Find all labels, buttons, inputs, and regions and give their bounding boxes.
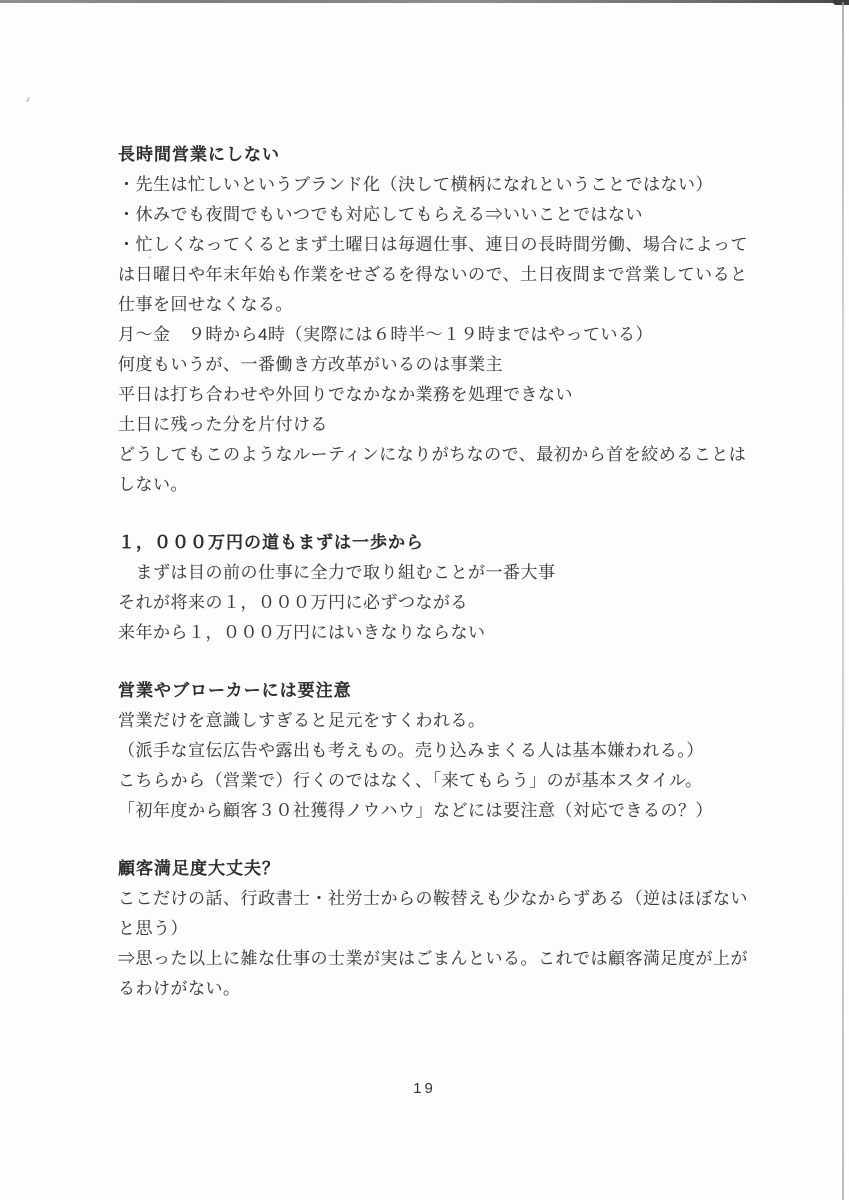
section-heading: １，０００万円の道もまずは一歩から <box>118 528 758 558</box>
paragraph: こちらから（営業で）行くのではなく、「来てもらう」のが基本スタイル。 <box>118 766 758 796</box>
paragraph: それが将来の１，０００万円に必ずつながる <box>118 588 758 618</box>
paragraph: ・休みでも夜間でもいつでも対応してもらえる⇒いいことではない <box>118 200 758 230</box>
text-section: １，０００万円の道もまずは一歩から まずは目の前の仕事に全力で取り組むことが一番… <box>118 528 758 648</box>
paragraph: 月～金 ９時から4時（実際には６時半～１９時まではやっている） <box>118 320 758 350</box>
scan-noise-speck <box>26 97 30 102</box>
paragraph: 来年から１，０００万円にはいきなりならない <box>118 618 758 648</box>
paragraph: ⇒思った以上に雑な仕事の士業が実はごまんといる。これでは顧客満足度が上がるわけが… <box>118 944 758 1004</box>
text-section: 長時間営業にしない・先生は忙しいというブランド化（決して横柄になれということでは… <box>118 140 758 500</box>
page-number: 19 <box>0 1078 849 1100</box>
paragraph: 平日は打ち合わせや外回りでなかなか業務を処理できない <box>118 380 758 410</box>
text-section: 顧客満足度大丈夫？ここだけの話、行政書士・社労士からの鞍替えも少なからずある（逆… <box>118 854 758 1004</box>
paragraph: （派手な宣伝広告や露出も考えもの。売り込みまくる人は基本嫌われる。） <box>118 736 758 766</box>
section-heading: 長時間営業にしない <box>118 140 758 170</box>
text-section: 営業やブローカーには要注意営業だけを意識しすぎると足元をすくわれる。（派手な宣伝… <box>118 676 758 826</box>
scan-right-edge-line <box>842 2 844 1200</box>
scan-top-corner-mark <box>833 0 849 5</box>
page-content: 長時間営業にしない・先生は忙しいというブランド化（決して横柄になれということでは… <box>118 140 758 1004</box>
paragraph: 「初年度から顧客３０社獲得ノウハウ」などには要注意（対応できるの？） <box>118 796 758 826</box>
paragraph: ・先生は忙しいというブランド化（決して横柄になれということではない） <box>118 170 758 200</box>
paragraph: どうしてもこのようなルーティンになりがちなので、最初から首を絞めることはしない。 <box>118 440 758 500</box>
paragraph: まずは目の前の仕事に全力で取り組むことが一番大事 <box>118 558 758 588</box>
scanned-document-page: 長時間営業にしない・先生は忙しいというブランド化（決して横柄になれということでは… <box>0 0 849 1200</box>
paragraph: ここだけの話、行政書士・社労士からの鞍替えも少なからずある（逆はほぼないと思う） <box>118 884 758 944</box>
section-heading: 営業やブローカーには要注意 <box>118 676 758 706</box>
paragraph: 土日に残った分を片付ける <box>118 410 758 440</box>
scan-top-edge-line <box>0 0 849 3</box>
paragraph: 何度もいうが、一番働き方改革がいるのは事業主 <box>118 350 758 380</box>
paragraph: 営業だけを意識しすぎると足元をすくわれる。 <box>118 706 758 736</box>
section-heading: 顧客満足度大丈夫？ <box>118 854 758 884</box>
paragraph: ・忙しくなってくるとまず土曜日は毎週仕事、連日の長時間労働、場合によっては日曜日… <box>118 230 758 320</box>
